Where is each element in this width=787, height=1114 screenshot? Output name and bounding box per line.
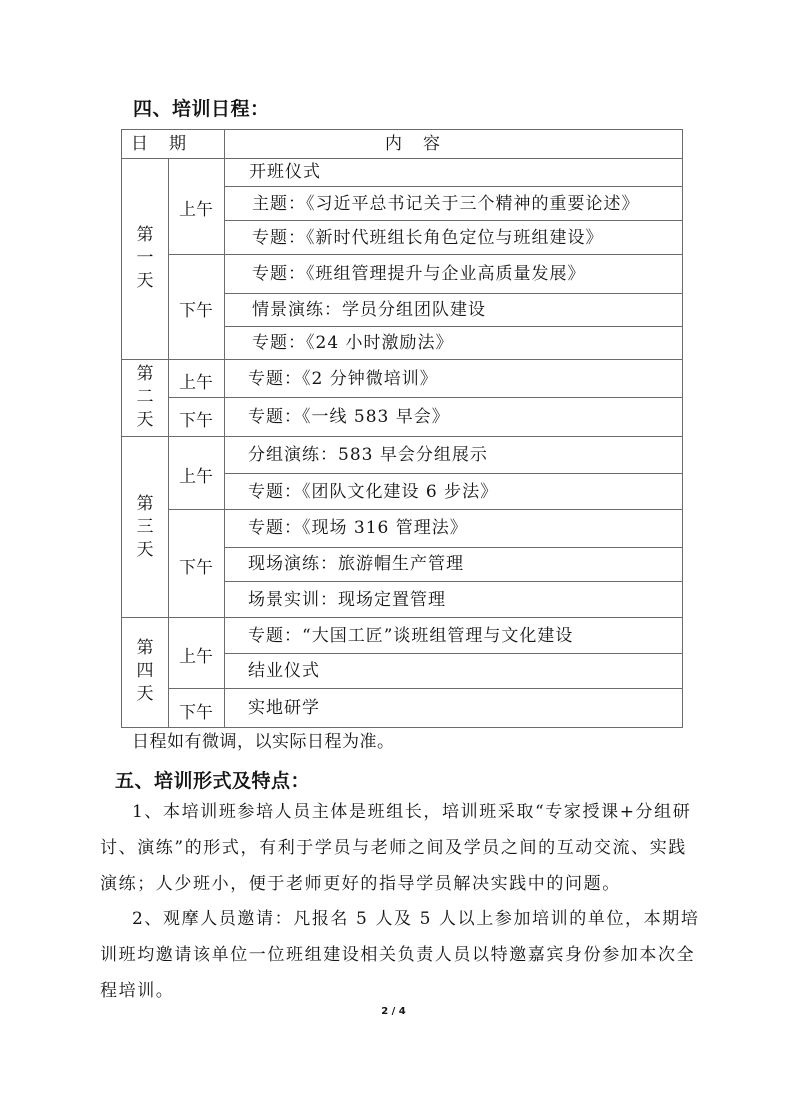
period-divider [168, 254, 683, 255]
day-label-4: 第 四 天 [122, 637, 168, 706]
period-divider [168, 509, 683, 510]
schedule-item: 专题：《24 小时激励法》 [252, 333, 454, 353]
schedule-item: 结业仪式 [248, 661, 320, 681]
schedule-item: 分组演练：583 早会分组展示 [248, 445, 488, 465]
item-divider [224, 547, 683, 548]
paragraph-line: 程培训。 [100, 981, 174, 1001]
paragraph-line: 2、观摩人员邀请：凡报名 5 人及 5 人以上参加培训的单位，本期培 [132, 909, 699, 929]
header-divider [121, 158, 683, 159]
page-number: 2 / 4 [0, 1006, 787, 1017]
period-divider [168, 688, 683, 689]
table-border-bottom [121, 727, 683, 728]
day-label-3: 第 三 天 [122, 493, 168, 562]
day-label-1: 第 一 天 [122, 224, 168, 293]
period-morning: 上午 [168, 642, 224, 667]
schedule-item: 专题：《团队文化建设 6 步法》 [248, 482, 498, 502]
schedule-note: 日程如有微调，以实际日程为准。 [132, 732, 395, 752]
period-afternoon: 下午 [168, 296, 224, 321]
period-afternoon: 下午 [168, 698, 224, 723]
item-divider [224, 653, 683, 654]
table-border-top [121, 129, 683, 130]
schedule-item: 情景演练：学员分组团队建设 [252, 300, 486, 320]
schedule-item: 现场演练：旅游帽生产管理 [248, 554, 464, 574]
period-morning: 上午 [168, 462, 224, 487]
table-border-right [682, 129, 683, 728]
schedule-item: 实地研学 [248, 698, 320, 718]
section-heading-format: 五、培训形式及特点： [115, 766, 310, 793]
schedule-item: 专题：“大国工匠”谈班组管理与文化建设 [248, 626, 573, 646]
header-content: 内 容 [385, 134, 442, 154]
schedule-item: 主题：《习近平总书记关于三个精神的重要论述》 [252, 194, 640, 214]
schedule-item: 专题：《一线 583 早会》 [248, 407, 450, 427]
item-divider [224, 220, 683, 221]
item-divider [224, 326, 683, 327]
column-divider-content [224, 129, 225, 727]
item-divider [224, 581, 683, 582]
paragraph-line: 训班均邀请该单位一位班组建设相关负责人员以特邀嘉宾身份参加本次全 [100, 945, 695, 965]
item-divider [224, 293, 683, 294]
paragraph-line: 1、本培训班参培人员主体是班组长，培训班采取“专家授课+分组研 [132, 802, 691, 822]
paragraph-line: 讨、演练”的形式，有利于学员与老师之间及学员之间的互动交流、实践 [100, 838, 687, 858]
period-divider [168, 397, 683, 398]
day-divider [121, 617, 683, 618]
schedule-item: 场景实训：现场定置管理 [248, 590, 446, 610]
paragraph-line: 演练；人少班小，便于老师更好的指导学员解决实践中的问题。 [100, 874, 621, 894]
schedule-item: 专题：《现场 316 管理法》 [248, 518, 468, 538]
period-morning: 上午 [168, 195, 224, 220]
day-divider [121, 436, 683, 437]
schedule-item: 专题：《2 分钟微培训》 [248, 369, 438, 389]
schedule-item: 开班仪式 [249, 162, 321, 182]
day-divider [121, 359, 683, 360]
schedule-item: 专题：《班组管理提升与企业高质量发展》 [252, 264, 586, 284]
item-divider [224, 186, 683, 187]
schedule-item: 专题：《新时代班组长角色定位与班组建设》 [252, 228, 604, 248]
period-afternoon: 下午 [168, 406, 224, 431]
period-afternoon: 下午 [168, 553, 224, 578]
day-label-2: 第 二 天 [122, 363, 168, 432]
header-date: 日 期 [131, 134, 188, 154]
period-morning: 上午 [168, 368, 224, 393]
item-divider [224, 473, 683, 474]
